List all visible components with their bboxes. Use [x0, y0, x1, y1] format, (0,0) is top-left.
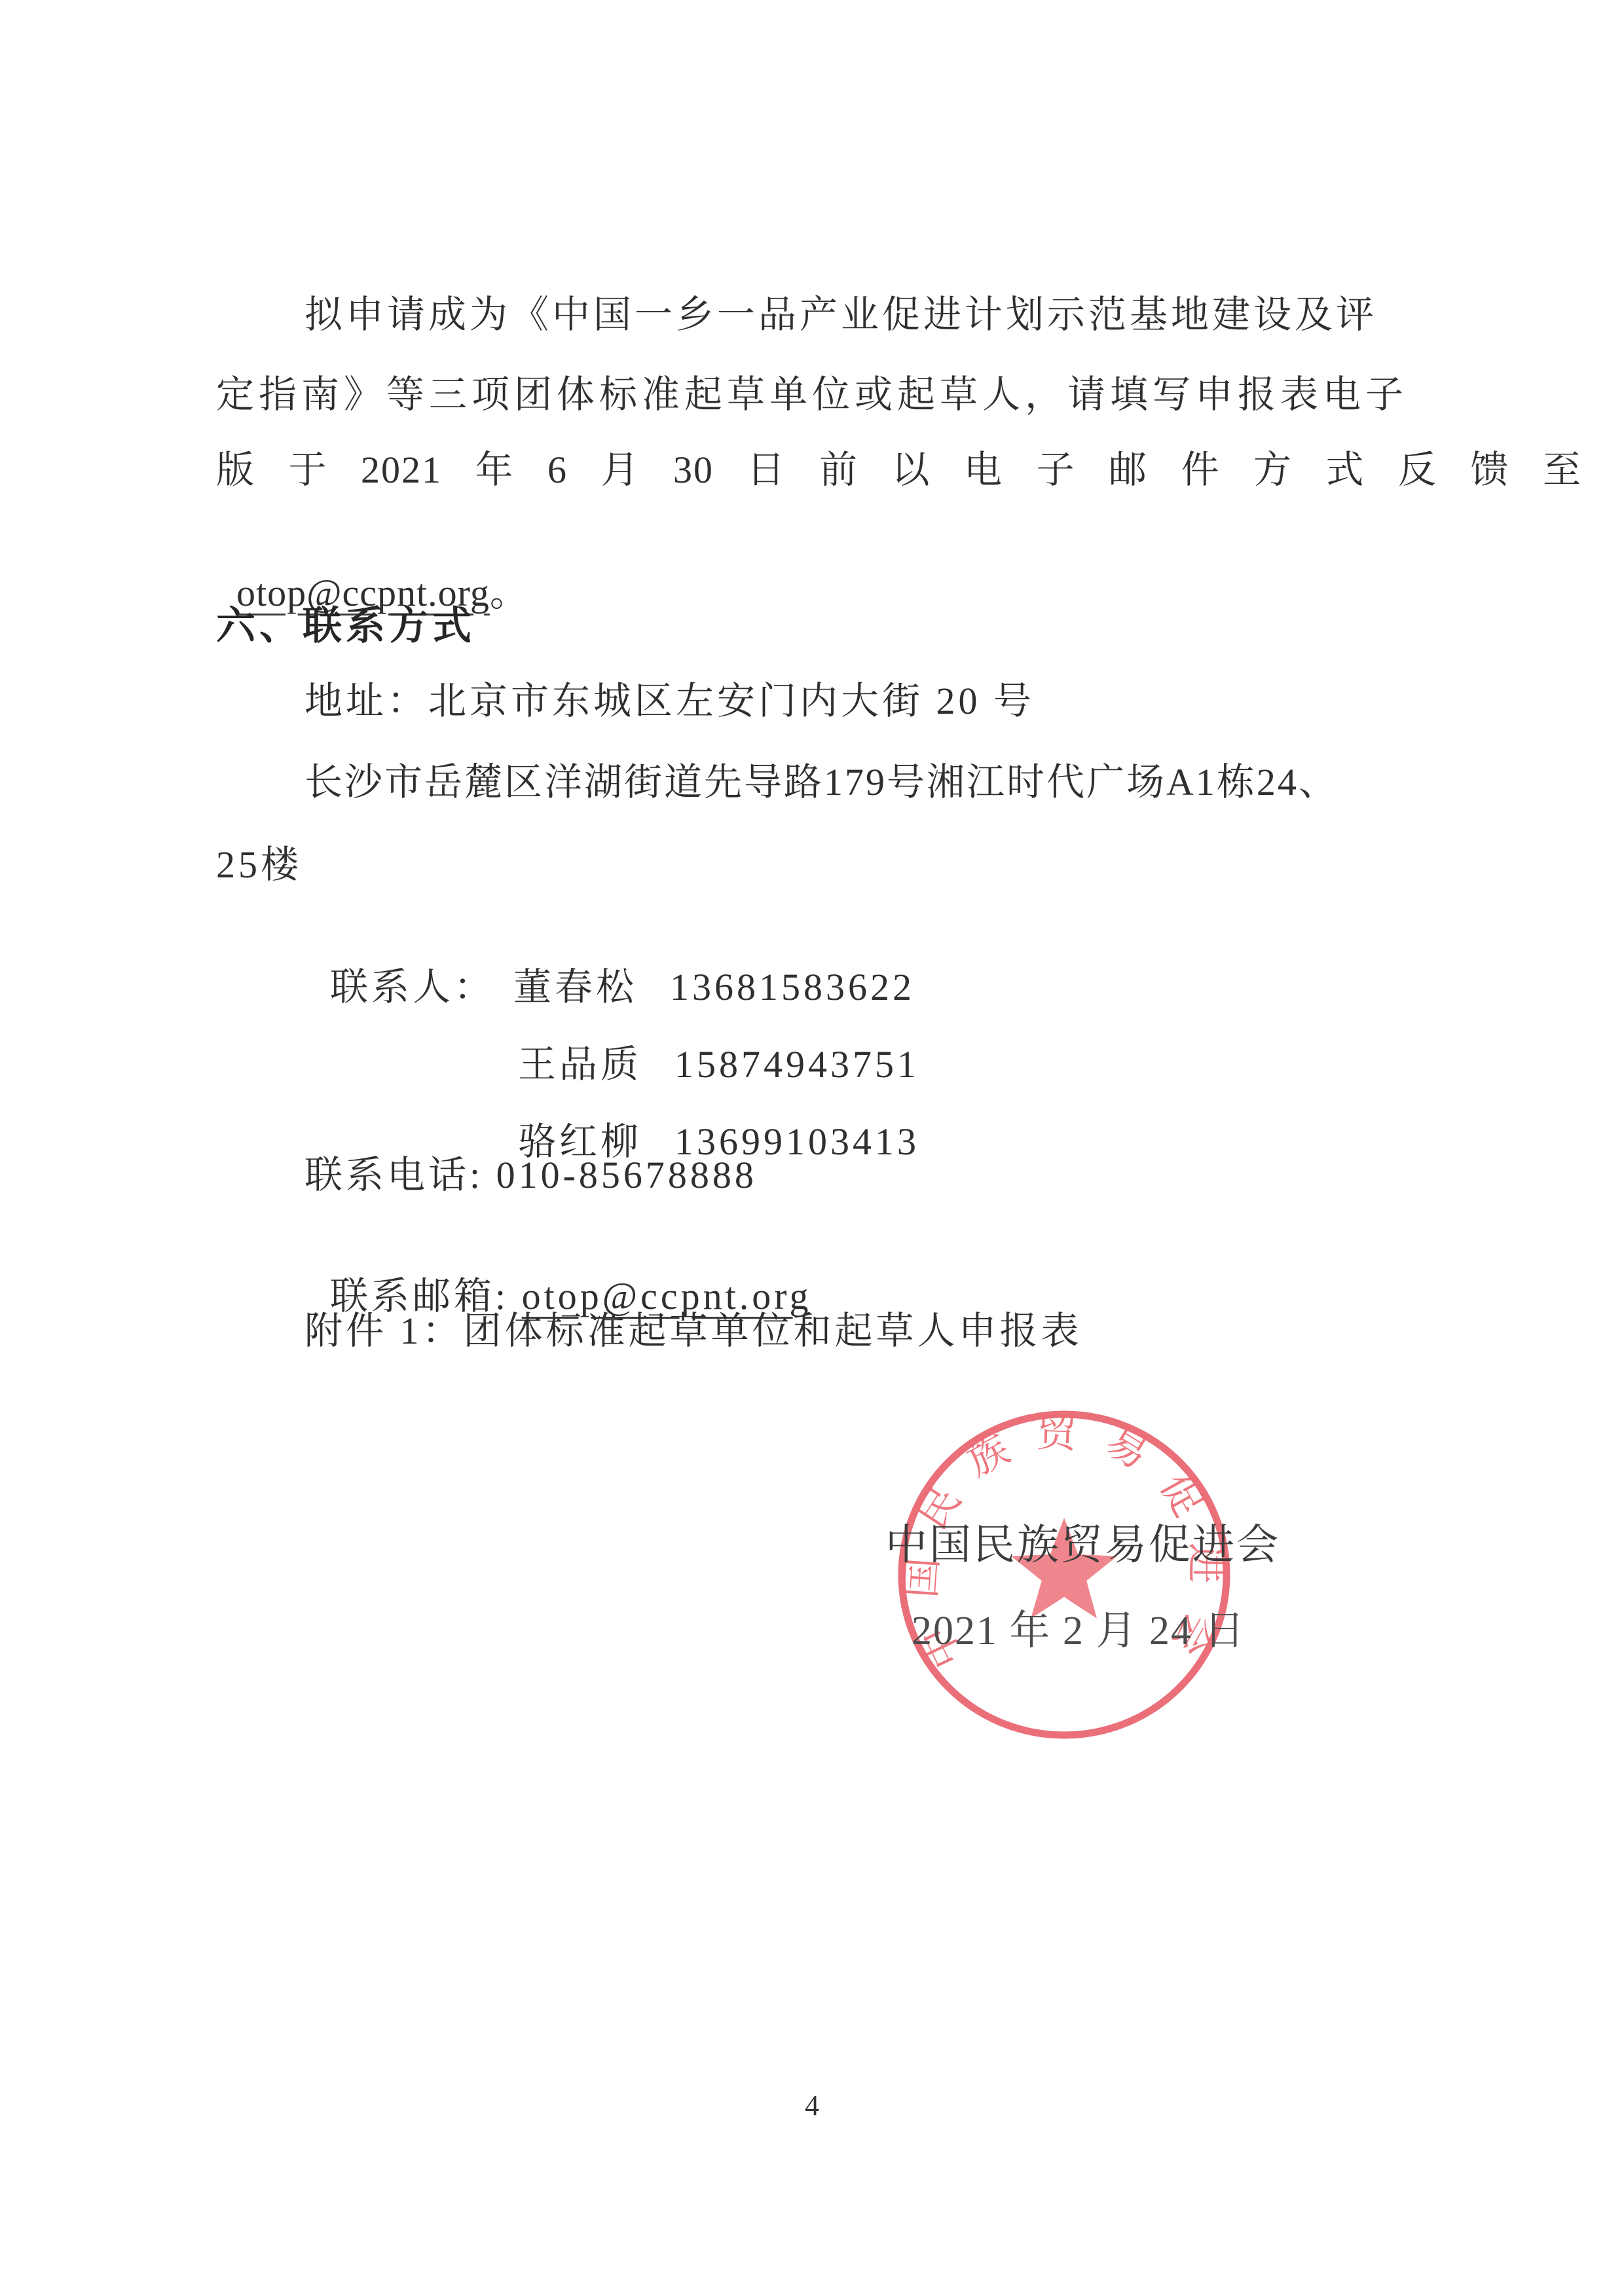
- address-line-changsha: 长沙市岳麓区洋湖街道先导路179号湘江时代广场A1栋24、: [304, 761, 1338, 805]
- contact-phone-line: 联系电话: 010-85678888: [304, 1154, 757, 1198]
- contact-row: 王品质15874943751: [492, 999, 919, 1086]
- address-line-beijing: 地址：北京市东城区左安门内大街 20 号: [304, 680, 1035, 724]
- contact-email-line: 联系邮箱: otop@ccpnt.org: [304, 1231, 812, 1318]
- sentence-period: 。: [490, 572, 528, 614]
- paragraph-line-4: otop@ccpnt.org。: [216, 528, 528, 615]
- page-number: 4: [0, 2089, 1624, 2122]
- paragraph-line-1: 拟申请成为《中国一乡一品产业促进计划示范基地建设及评: [304, 293, 1377, 337]
- attachment-line: 附件 1：团体标准起草单位和起草人申报表: [304, 1310, 1082, 1353]
- scanned-document-page: { "paragraph": { "line1": "拟申请成为《中国一乡一品产…: [0, 0, 1624, 2295]
- contact-row: 骆红柳13699103413: [492, 1076, 919, 1164]
- seal-graphic: 中国民族贸易促进会: [887, 1405, 1254, 1752]
- contact-label: 联系人：: [330, 966, 495, 1008]
- official-seal: 中国民族贸易促进会: [887, 1405, 1254, 1752]
- signature-organization: 中国民族贸易促进会: [885, 1511, 1280, 1571]
- paragraph-line-2: 定指南》等三项团体标准起草单位或起草人，请填写申报表电子: [216, 373, 1408, 417]
- paragraph-line-3: 版 于 2021 年 6 月 30 日 前 以 电 子 邮 件 方 式 反 馈 …: [216, 449, 1411, 492]
- section-heading: 六、联系方式: [216, 604, 475, 649]
- address-line-floor: 25楼: [216, 843, 302, 887]
- signature-date: 2021 年 2 月 24 日: [912, 1598, 1246, 1656]
- contact-row: 联系人：董春松13681583622: [304, 922, 915, 1009]
